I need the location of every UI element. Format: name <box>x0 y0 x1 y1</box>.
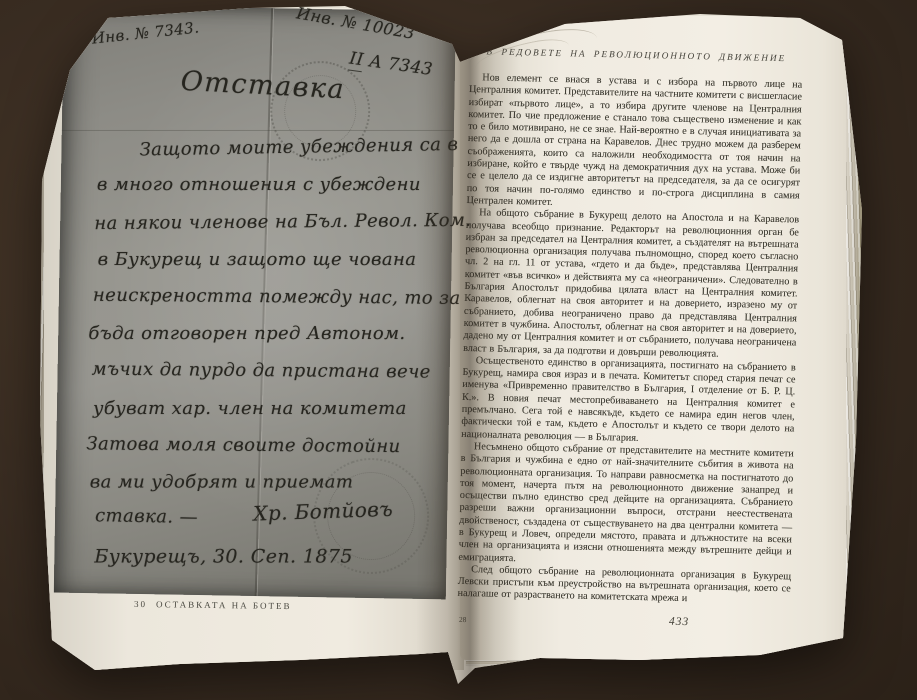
inventory-number-left: Инв. № 7343. <box>91 18 200 47</box>
handwriting-line: Затова моля своите достойни <box>86 433 400 457</box>
figure-number: 30 <box>134 599 147 609</box>
dateline: Букурещъ, 30. Сеп. 1875 <box>94 545 352 567</box>
handwriting-line: в много отношения с убеждени <box>97 174 421 195</box>
open-book: Инв. № 7343. Инв. № 10023 II А 7343 Отст… <box>0 0 917 700</box>
handwriting-line: ставка. — <box>95 505 198 528</box>
page-number: 433 <box>669 615 690 627</box>
handwriting-line: Защото моите убеждения са в <box>139 134 458 161</box>
handwriting-line: на някои членове на Бъл. Револ. Ком. <box>94 210 471 234</box>
letter-crease-line <box>62 130 454 131</box>
handwriting-line: убуват хар. член на комитета <box>93 398 407 419</box>
gutter-shadow <box>416 0 520 700</box>
handwriting-line: в Букурещ и защото ще чована <box>98 249 417 270</box>
handwriting-line: бъда отговорен пред Автоном. <box>88 323 405 344</box>
handwriting-line: неискреността помежду нас, то за <box>93 285 461 309</box>
photo-of-open-book: Инв. № 7343. Инв. № 10023 II А 7343 Отст… <box>0 0 917 700</box>
figure-caption-text: ОСТАВКАТА НА БОТЕВ <box>156 599 292 611</box>
book-wrapper: Инв. № 7343. Инв. № 10023 II А 7343 Отст… <box>0 0 917 700</box>
handwriting-line: ва ми удобрят и приемат <box>90 471 354 492</box>
handwriting-line: мъчих да пурдо да пристана вече <box>92 359 431 383</box>
inventory-number-right: Инв. № 10023 <box>295 3 416 43</box>
letter-photograph: Инв. № 7343. Инв. № 10023 II А 7343 Отст… <box>54 5 456 600</box>
